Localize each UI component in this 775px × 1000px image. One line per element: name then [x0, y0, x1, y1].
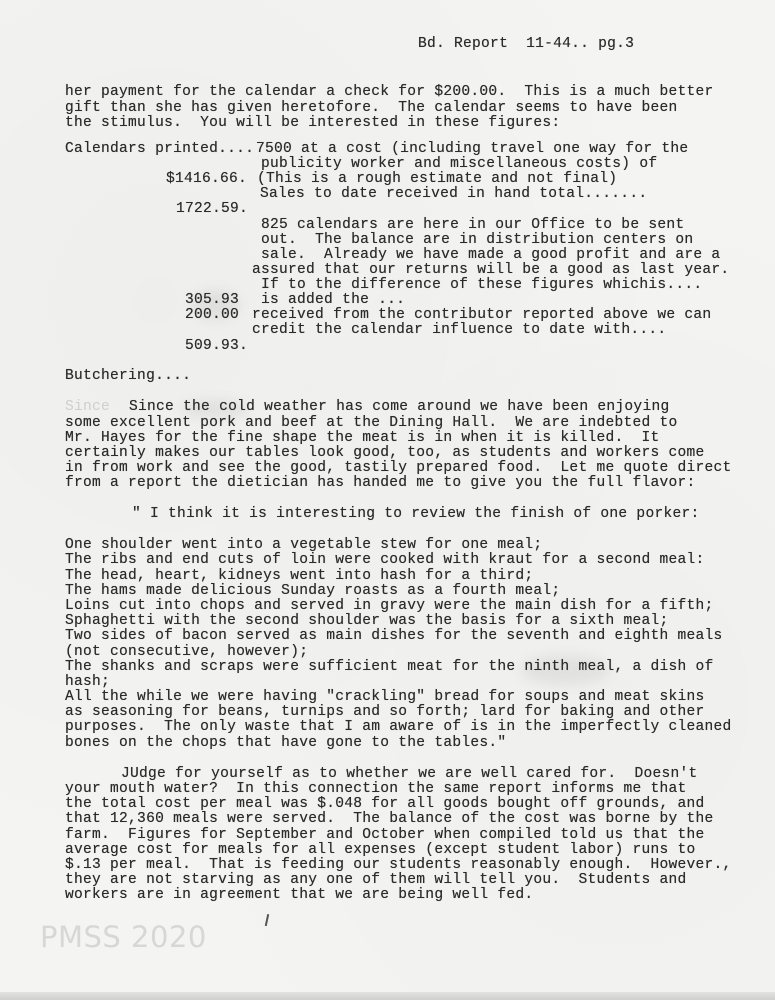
calendars-line: If to the difference of these figures wh…	[261, 278, 702, 293]
page-edge	[0, 992, 775, 1000]
figure-sales: 1722.59.	[176, 202, 248, 217]
calendars-line: Sales to date received in hand total....…	[260, 187, 647, 202]
butchering-line: in from work and see the good, tastily p…	[65, 461, 732, 476]
figure-contribution: 200.00	[185, 308, 239, 323]
calendars-line: sale. Already we have made a good profit…	[261, 248, 720, 263]
calendars-line: (This is a rough estimate and not final)	[257, 172, 617, 187]
quote-line: bones on the chops that have gone to the…	[65, 736, 506, 751]
butchering-heading: Butchering....	[65, 369, 191, 384]
quote-line: One shoulder went into a vegetable stew …	[65, 538, 542, 553]
butchering-line: Since the cold weather has come around w…	[129, 400, 669, 415]
quote-line: Loins cut into chops and served in gravy…	[65, 599, 714, 614]
calendars-line: assured that our returns will be a good …	[252, 263, 729, 278]
quote-intro: " I think it is interesting to review th…	[132, 507, 699, 522]
calendars-line: credit the calendar influence to date wi…	[252, 323, 666, 338]
watermark: PMSS 2020	[40, 920, 207, 954]
calendars-line: 825 calendars are here in our Office to …	[261, 218, 684, 233]
quote-line: The shanks and scraps were sufficient me…	[65, 660, 714, 675]
calendars-line: publicity worker and miscellaneous costs…	[261, 157, 657, 172]
figure-difference: 305.93	[185, 293, 239, 308]
closing-line: JUdge for yourself as to whether we are …	[121, 767, 698, 782]
closing-line: that 12,360 meals were served. The balan…	[65, 812, 714, 827]
butchering-line: from a report the dietician has handed m…	[65, 476, 696, 491]
quote-line: The hams made delicious Sunday roasts as…	[65, 584, 560, 599]
struck-word: Since	[65, 400, 110, 415]
quote-line: Sphaghetti with the second shoulder was …	[65, 614, 669, 629]
quote-line: All the while we were having "crackling"…	[65, 690, 705, 705]
calendars-line: is added the ...	[261, 293, 405, 308]
butchering-line: certainly makes our tables look good, to…	[65, 446, 705, 461]
intro-line: her payment for the calendar a check for…	[65, 85, 714, 100]
quote-line: The ribs and end cuts of loin were cooke…	[65, 553, 705, 568]
quote-line: Two sides of bacon served as main dishes…	[65, 629, 723, 644]
calendars-line: received from the contributor reported a…	[252, 308, 711, 323]
quote-line: purposes. The only waste that I am aware…	[65, 720, 732, 735]
closing-line: workers are in agreement that we are bei…	[65, 888, 533, 903]
figure-cost: $1416.66.	[166, 172, 247, 187]
butchering-line: Mr. Hayes for the fine shape the meat is…	[65, 431, 660, 446]
figure-total: 509.93.	[185, 339, 248, 354]
calendars-label: Calendars printed....	[65, 142, 254, 157]
quote-line: hash;	[65, 675, 110, 690]
closing-line: the total cost per meal was $.048 for al…	[65, 797, 705, 812]
closing-line: your mouth water? In this connection the…	[65, 782, 687, 797]
page-header: Bd. Report 11-44.. pg.3	[418, 37, 634, 52]
quote-line: (not consecutive, however);	[65, 645, 308, 660]
closing-line: they are not starving as any one of them…	[65, 873, 687, 888]
quote-line: The head, heart, kidneys went into hash …	[65, 569, 533, 584]
closing-line: farm. Figures for September and October …	[65, 828, 705, 843]
closing-line: $.13 per meal. That is feeding our stude…	[65, 858, 732, 873]
intro-line: gift than she has given heretofore. The …	[65, 101, 678, 116]
butchering-line: some excellent pork and beef at the Dini…	[65, 416, 678, 431]
intro-line: the stimulus. You will be interested in …	[65, 116, 560, 131]
calendars-line: out. The balance are in distribution cen…	[261, 233, 693, 248]
quote-line: as seasoning for beans, turnips and so f…	[65, 705, 705, 720]
calendars-line: 7500 at a cost (including travel one way…	[256, 142, 688, 157]
closing-line: average cost for meals for all expenses …	[65, 843, 696, 858]
